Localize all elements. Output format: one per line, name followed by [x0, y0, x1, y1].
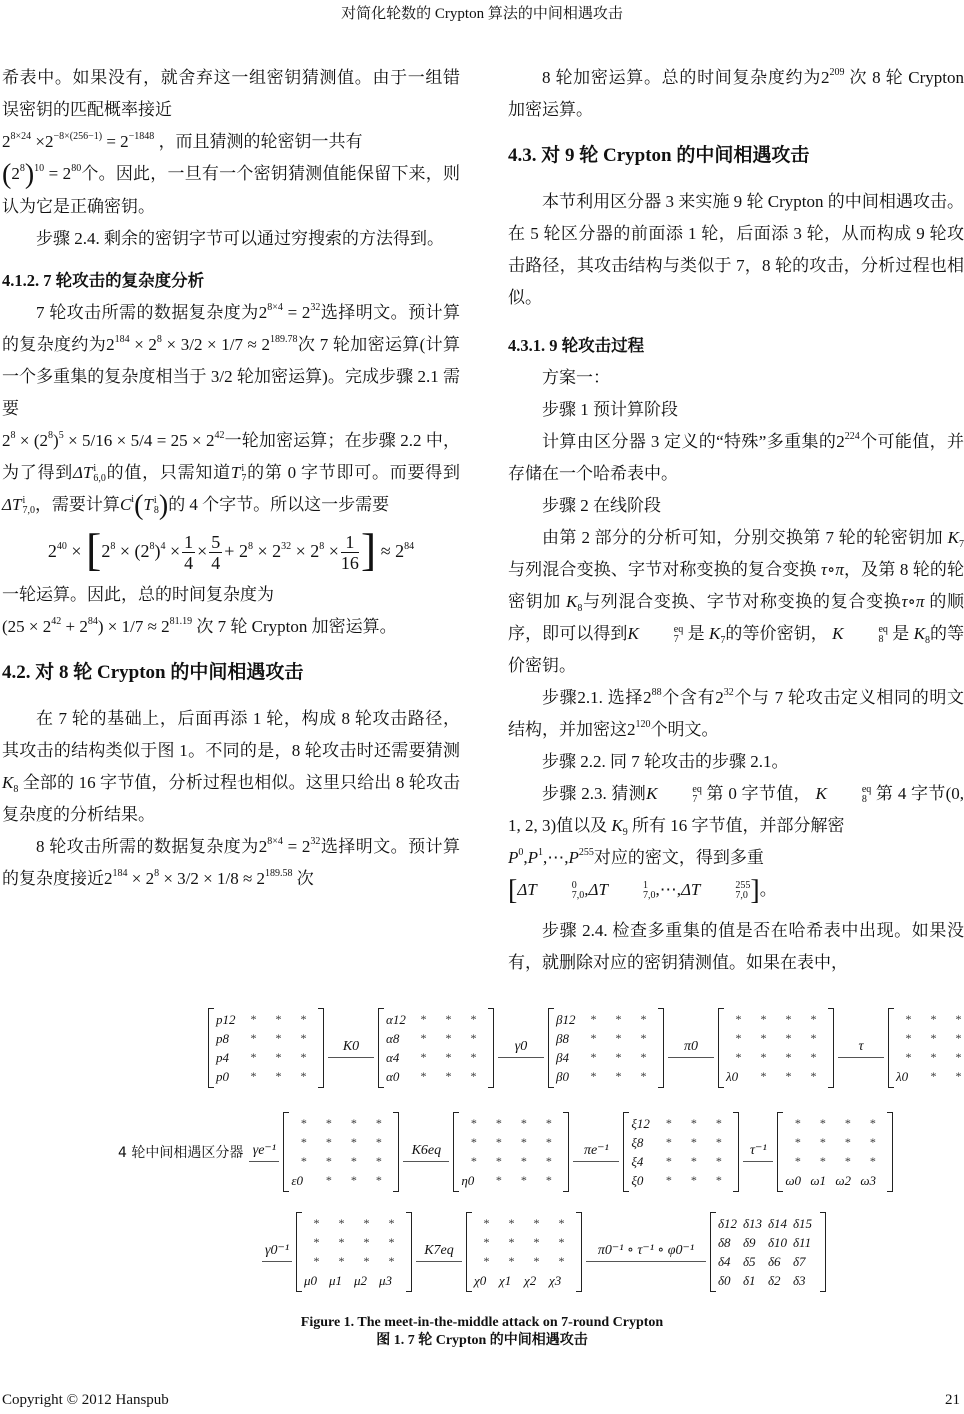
equation: 28×24 ×2−8×(256−1) = 2−1848 [2, 132, 159, 151]
arrow-gamma0-inv: γ0⁻¹ [262, 1242, 292, 1262]
matrix-mu: **** **** **** μ0μ1μ2μ3 [296, 1212, 412, 1292]
display-equation: 240 × [28 × (28)4 ×14×54+ 28 × 232 × 28 … [2, 530, 460, 573]
equation: (25 × 242 + 284) × 1/7 ≈ 281.19 [2, 617, 192, 636]
figure-row-2: 4 轮中间相遇区分器 γe⁻¹ **** **** **** ε0*** K6e… [118, 1112, 893, 1192]
paragraph: 28 × (28)5 × 5/16 × 5/4 = 25 × 242一轮加密运算… [2, 425, 460, 522]
paragraph: 一轮运算。因此，总的时间复杂度为 (25 × 242 + 284) × 1/7 … [2, 579, 460, 643]
copyright: Copyright © 2012 Hanspub [2, 1392, 169, 1409]
running-title: 对简化轮数的 Crypton 算法的中间相遇攻击 [0, 2, 964, 23]
figure-row-1: p12*** p8*** p4*** p0*** K0 α12*** α8***… [208, 1008, 964, 1088]
matrix-xi: ξ12*** ξ8*** ξ4*** ξ0*** [623, 1112, 739, 1192]
matrix-lambda-b: **** **** **** λ0*** [888, 1008, 964, 1088]
section-heading: 4.3.1. 9 轮攻击过程 [508, 330, 964, 362]
equation: (28)10 = 280 [2, 164, 81, 183]
paragraph: 步骤 1 预计算阶段 [508, 394, 964, 426]
section-heading: 4.1.2. 7 轮攻击的复杂度分析 [2, 265, 460, 297]
arrow-k6eq: K6eq [403, 1143, 449, 1162]
paragraph: 步骤 2 在线阶段 [508, 490, 964, 522]
arrow-gamma0: γ0 [498, 1039, 544, 1058]
distinguisher-label: 4 轮中间相遇区分器 [118, 1142, 243, 1162]
matrix-beta: β12*** β8*** β4*** β0*** [548, 1008, 664, 1088]
arrow-pi0: π0 [668, 1039, 714, 1058]
paragraph: 步骤2.1. 选择288个含有232个与 7 轮攻击定义相同的明文结构，并加密这… [508, 682, 964, 746]
matrix-epsilon: **** **** **** ε0*** [283, 1112, 399, 1192]
figure-caption: Figure 1. The meet-in-the-middle attack … [0, 1314, 964, 1350]
paragraph: 8 轮加密运算。总的时间复杂度约为2209 次 8 轮 Crypton 加密运算… [508, 62, 964, 126]
arrow-pi-e-inv: πe⁻¹ [573, 1142, 619, 1162]
matrix-p: p12*** p8*** p4*** p0*** [208, 1008, 324, 1088]
arrow-k0: K0 [328, 1039, 374, 1058]
paragraph: 7 轮攻击所需的数据复杂度为28×4 = 232选择明文。预计算的复杂度约为21… [2, 297, 460, 425]
page-number: 21 [945, 1392, 960, 1409]
paragraph: 计算由区分器 3 定义的“特殊”多重集的2224个可能值，并存储在一个哈希表中。 [508, 426, 964, 490]
paragraph: 在 7 轮的基础上，后面再添 1 轮，构成 8 轮攻击路径，其攻击的结构类似于图… [2, 703, 460, 831]
arrow-gamma-e-inv: γe⁻¹ [249, 1142, 279, 1162]
section-heading: 4.3. 对 9 轮 Crypton 的中间相遇攻击 [508, 140, 964, 172]
paragraph: 步骤 2.4. 检查多重集的值是否在哈希表中出现。如果没有，就删除对应的密钥猜测… [508, 915, 964, 979]
paragraph: 步骤 2.3. 猜测Keq7 第 0 字节值， Keq8 第 4 字节(0, 1… [508, 778, 964, 907]
matrix-delta: δ12δ13δ14δ15 δ8δ9δ10δ11 δ4δ5δ6δ7 δ0δ1δ2δ… [710, 1212, 826, 1292]
arrow-tau-inv: τ⁻¹ [743, 1142, 773, 1162]
caption-english: Figure 1. The meet-in-the-middle attack … [0, 1314, 964, 1332]
matrix-omega: **** **** **** ω0ω1ω2ω3 [777, 1112, 893, 1192]
matrix-eta: **** **** **** η0*** [453, 1112, 569, 1192]
paragraph: 希表中。如果没有，就舍弃这一组密钥猜测值。由于一组错误密钥的匹配概率接近 28×… [2, 62, 460, 223]
figure-row-3: γ0⁻¹ **** **** **** μ0μ1μ2μ3 K7eq **** *… [258, 1212, 826, 1292]
arrow-k7eq: K7eq [416, 1243, 462, 1262]
matrix-alpha: α12*** α8*** α4*** α0*** [378, 1008, 494, 1088]
paragraph: 步骤 2.4. 剩余的密钥字节可以通过穷搜索的方法得到。 [2, 223, 460, 255]
matrix-lambda-a: **** **** **** λ0*** [718, 1008, 834, 1088]
figure-1: p12*** p8*** p4*** p0*** K0 α12*** α8***… [0, 1000, 964, 1310]
arrow-tau: τ [838, 1039, 884, 1058]
paragraph: 步骤 2.2. 同 7 轮攻击的步骤 2.1。 [508, 746, 964, 778]
paragraph: 由第 2 部分的分析可知，分别交换第 7 轮的轮密钥加 K7 与列混合变换、字节… [508, 522, 964, 682]
arrow-composite-inv: π0⁻¹ ∘ τ⁻¹ ∘ φ0⁻¹ [586, 1242, 706, 1262]
paragraph: 方案一： [508, 362, 964, 394]
left-column: 希表中。如果没有，就舍弃这一组密钥猜测值。由于一组错误密钥的匹配概率接近 28×… [2, 62, 460, 895]
section-heading: 4.2. 对 8 轮 Crypton 的中间相遇攻击 [2, 657, 460, 689]
equation: 28 × (28)5 × 5/16 × 5/4 = 25 × 242 [2, 431, 225, 450]
matrix-chi: **** **** **** χ0χ1χ2χ3 [466, 1212, 582, 1292]
paragraph: 8 轮攻击所需的数据复杂度为28×4 = 232选择明文。预计算的复杂度接近21… [2, 831, 460, 895]
caption-chinese: 图 1. 7 轮 Crypton 的中间相遇攻击 [0, 1332, 964, 1350]
right-column: 8 轮加密运算。总的时间复杂度约为2209 次 8 轮 Crypton 加密运算… [508, 62, 964, 979]
paragraph: 本节利用区分器 3 来实施 9 轮 Crypton 的中间相遇攻击。在 5 轮区… [508, 186, 964, 314]
